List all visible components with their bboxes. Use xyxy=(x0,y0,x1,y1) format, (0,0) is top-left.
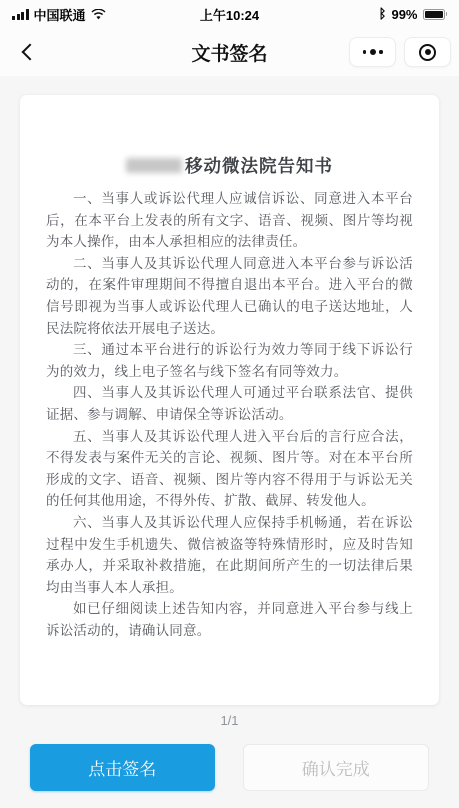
page-indicator: 1/1 xyxy=(0,713,459,728)
document-paragraph: 五、当事人及其诉讼代理人进入平台后的言行应合法，不得发表与案件无关的言论、视频、… xyxy=(46,426,413,512)
app-screen: 中国联通 上午10:24 ᛒ 99% 文书签名 xyxy=(0,0,459,808)
miniprogram-capsule xyxy=(349,37,451,67)
nav-bar: 文书签名 xyxy=(0,28,459,76)
confirm-complete-button[interactable]: 确认完成 xyxy=(243,744,430,791)
document-paragraph: 四、当事人及其诉讼代理人可通过平台联系法官、提供证据、参与调解、申请保全等诉讼活… xyxy=(46,382,413,425)
document-body: 一、当事人或诉讼代理人应诚信诉讼、同意进入本平台后，在本平台上发表的所有文字、语… xyxy=(46,188,413,641)
status-right: ᛒ 99% xyxy=(379,7,447,22)
chevron-left-icon xyxy=(22,44,39,61)
wifi-icon xyxy=(91,9,106,20)
target-circle-icon xyxy=(419,44,436,61)
ellipsis-icon xyxy=(363,49,383,55)
carrier-label: 中国联通 xyxy=(34,5,86,24)
back-button[interactable] xyxy=(8,28,48,76)
redacted-text xyxy=(126,158,182,173)
battery-full-icon xyxy=(423,9,448,20)
document-paragraph: 六、当事人及其诉讼代理人应保持手机畅通，若在诉讼过程中发生手机遗失、微信被盗等特… xyxy=(46,512,413,598)
document-paragraph: 三、通过本平台进行的诉讼行为效力等同于线下诉讼行为的效力，线上电子签名与线下签名… xyxy=(46,339,413,382)
status-bar: 中国联通 上午10:24 ᛒ 99% xyxy=(0,0,459,28)
bluetooth-icon: ᛒ xyxy=(379,7,387,22)
footer-button-row: 点击签名 确认完成 xyxy=(0,744,459,791)
battery-percent-label: 99% xyxy=(391,7,417,22)
document-title-text: 移动微法院告知书 xyxy=(185,156,333,176)
document-paragraph: 一、当事人或诉讼代理人应诚信诉讼、同意进入本平台后，在本平台上发表的所有文字、语… xyxy=(46,188,413,253)
document-page: 移动微法院告知书 一、当事人或诉讼代理人应诚信诉讼、同意进入本平台后，在本平台上… xyxy=(20,95,439,705)
status-left: 中国联通 xyxy=(12,5,106,24)
signal-bars-icon xyxy=(12,9,29,20)
close-button[interactable] xyxy=(404,37,451,67)
sign-button[interactable]: 点击签名 xyxy=(30,744,215,791)
more-button[interactable] xyxy=(349,37,396,67)
document-paragraph: 二、当事人及其诉讼代理人同意进入本平台参与诉讼活动的，在案件审理期间不得擅自退出… xyxy=(46,253,413,339)
document-paragraph: 如已仔细阅读上述告知内容，并同意进入平台参与线上诉讼活动的，请确认同意。 xyxy=(46,598,413,641)
document-title: 移动微法院告知书 xyxy=(46,153,413,178)
